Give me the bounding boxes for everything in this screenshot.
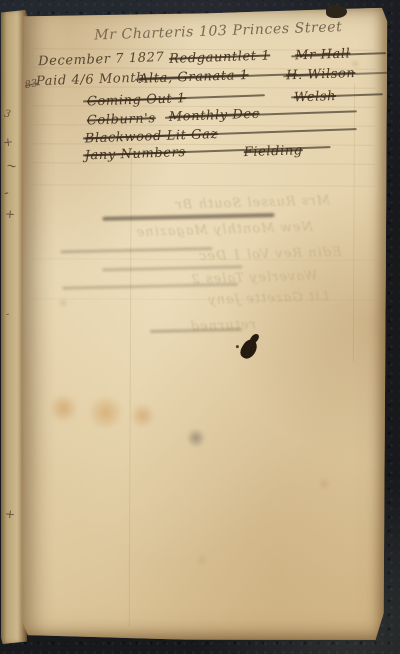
foxing-spot — [196, 555, 208, 565]
handwriting-date: December 7 1827 — [38, 50, 165, 69]
top-edge-ink-blot — [326, 5, 347, 18]
handwriting-entry-struck: Colburn's — [87, 111, 156, 128]
ghost-line: returned — [189, 318, 256, 335]
photo-of-ledger-page: 3 + ~ - + - + Mr Charteris 103 Princes S… — [0, 0, 400, 654]
margin-fragment: + — [5, 208, 16, 221]
rust-stain — [86, 396, 126, 428]
manuscript-page: Mr Charteris 103 Princes Street December… — [21, 6, 388, 642]
ruled-line — [33, 124, 375, 126]
bleed-through-text: Mrs Russel South Br New Monthly Magazine… — [38, 184, 375, 364]
margin-fragment: - — [5, 310, 10, 320]
ghost-line: Mrs Russel South Br — [174, 193, 330, 213]
handwriting-heading: Mr Charteris 103 Princes Street — [94, 19, 343, 43]
foxing-spot — [58, 298, 68, 307]
ink-speck — [236, 345, 239, 348]
ghost-line: Lit Gazette Jany — [207, 289, 329, 308]
margin-fragment: - — [3, 186, 10, 201]
rust-stain — [130, 403, 156, 429]
handwriting-entry-struck: Redgauntlet 1 — [169, 48, 271, 66]
ghost-line: Edin Rev Vol 1 Dec — [198, 245, 342, 264]
gray-smudge — [187, 427, 204, 449]
margin-fragment: ~ — [5, 159, 18, 173]
margin-fragment: 3 — [3, 109, 11, 120]
ruled-line — [33, 105, 375, 107]
foxing-spot — [351, 60, 359, 68]
margin-fragment: + — [4, 508, 15, 521]
margin-fragment: + — [2, 136, 13, 149]
foxing-spot — [317, 477, 331, 489]
handwriting-entry-struck: Fielding — [243, 143, 302, 160]
ghost-line: New Monthly Magazine — [135, 220, 313, 240]
rust-stain — [48, 394, 80, 422]
